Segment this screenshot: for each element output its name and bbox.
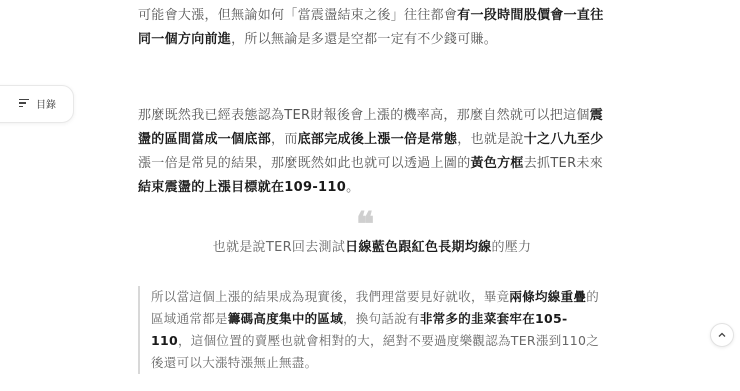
text: ，換句話說有 — [343, 311, 420, 326]
text: ，而 — [271, 132, 298, 147]
text: 那麼既然我已經表態認為TER財報後會上漲的機率高，那麼自然就可以把這個 — [138, 108, 590, 123]
text: 。 — [346, 180, 359, 195]
paragraph-1: 可能會大漲，但無論如何「當震盪結束之後」往往都會有一段時間股價會一直往同一個方向… — [138, 4, 606, 52]
text: 所以當這個上漲的結果成為現實後，我們理當要見好就收，畢竟 — [151, 289, 509, 304]
text: ，這個位置的賣壓也就會相對的大，絕對不要過度樂觀認為TER漲到110之後還可以大… — [151, 333, 599, 370]
bold-text: 日線藍色跟紅色長期均線 — [345, 240, 491, 255]
bold-text: 兩條均線重疊 — [509, 289, 586, 304]
text: 也就是說TER回去測試 — [213, 240, 346, 255]
bold-text: 底部完成後上漲一倍是常態 — [298, 132, 458, 147]
list-icon — [19, 99, 29, 109]
text: 去抓TER未來 — [524, 156, 603, 171]
pull-quote: 也就是說TER回去測試日線藍色跟紅色長期均線的壓力 — [138, 236, 606, 255]
bold-text: 籌碼高度集中的區域 — [228, 311, 343, 326]
blockquote-text: 所以當這個上漲的結果成為現實後，我們理當要見好就收，畢竟兩條均線重疊的區域通常都… — [151, 286, 606, 374]
toc-label: 目錄 — [36, 96, 56, 111]
bold-text: 十之八九至少 — [524, 132, 604, 147]
blockquote: 所以當這個上漲的結果成為現實後，我們理當要見好就收，畢竟兩條均線重疊的區域通常都… — [138, 286, 606, 374]
text: 漲一倍是常見的結果，那麼既然如此也就可以透過上圖的 — [138, 156, 471, 171]
text: ，也就是說 — [457, 132, 524, 147]
text: 可能會大漲，但無論如何「當震盪結束之後」往往都會 — [138, 8, 457, 23]
back-to-top-button[interactable] — [710, 323, 734, 347]
bold-text: 黃色方框 — [471, 156, 524, 171]
chevron-up-icon — [717, 330, 727, 340]
paragraph-2: 那麼既然我已經表態認為TER財報後會上漲的機率高，那麼自然就可以把這個震盪的區間… — [138, 104, 606, 200]
toc-button[interactable]: 目錄 — [0, 85, 74, 123]
text: ，所以無論是多還是空都一定有不少錢可賺。 — [231, 32, 497, 47]
text: 的壓力 — [491, 240, 531, 255]
bold-text: 結束震盪的上漲目標就在109-110 — [138, 180, 346, 195]
